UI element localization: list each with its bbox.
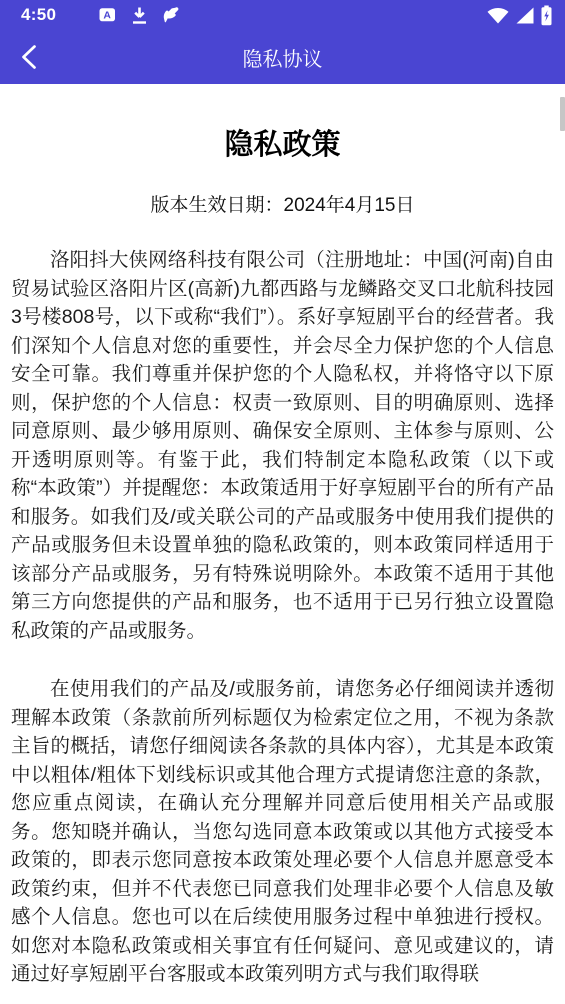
document-body: 洛阳抖大侠网络科技有限公司（注册地址：中国(河南)自由贸易试验区洛阳片区(高新)… <box>11 246 554 989</box>
status-bar-right-icons <box>487 5 552 26</box>
privacy-policy-screen: 4:50 A <box>0 0 565 1004</box>
input-method-a-icon: A <box>98 6 117 25</box>
document-title: 隐私政策 <box>11 128 554 162</box>
effective-date: 版本生效日期：2024年4月15日 <box>11 192 554 220</box>
app-bar: 隐私协议 <box>0 30 565 84</box>
cellular-signal-icon <box>516 7 534 24</box>
status-bar-left-icons: A <box>98 6 182 25</box>
cleaner-broom-icon <box>162 6 182 25</box>
scrollbar-thumb[interactable] <box>560 97 565 131</box>
battery-charging-icon <box>541 5 552 26</box>
policy-paragraph: 在使用我们的产品及/或服务前，请您务必仔细阅读并透彻理解本政策（条款前所列标题仅… <box>11 675 554 989</box>
policy-content-scrollview[interactable]: 隐私政策 版本生效日期：2024年4月15日 洛阳抖大侠网络科技有限公司（注册地… <box>0 84 565 1004</box>
download-icon <box>131 6 148 25</box>
clock-time: 4:50 <box>21 5 56 25</box>
page-title: 隐私协议 <box>243 43 323 72</box>
policy-paragraph: 洛阳抖大侠网络科技有限公司（注册地址：中国(河南)自由贸易试验区洛阳片区(高新)… <box>11 246 554 645</box>
status-bar: 4:50 A <box>0 0 565 30</box>
chevron-left-icon <box>19 44 41 70</box>
wifi-icon <box>487 7 509 24</box>
back-button[interactable] <box>14 41 46 73</box>
